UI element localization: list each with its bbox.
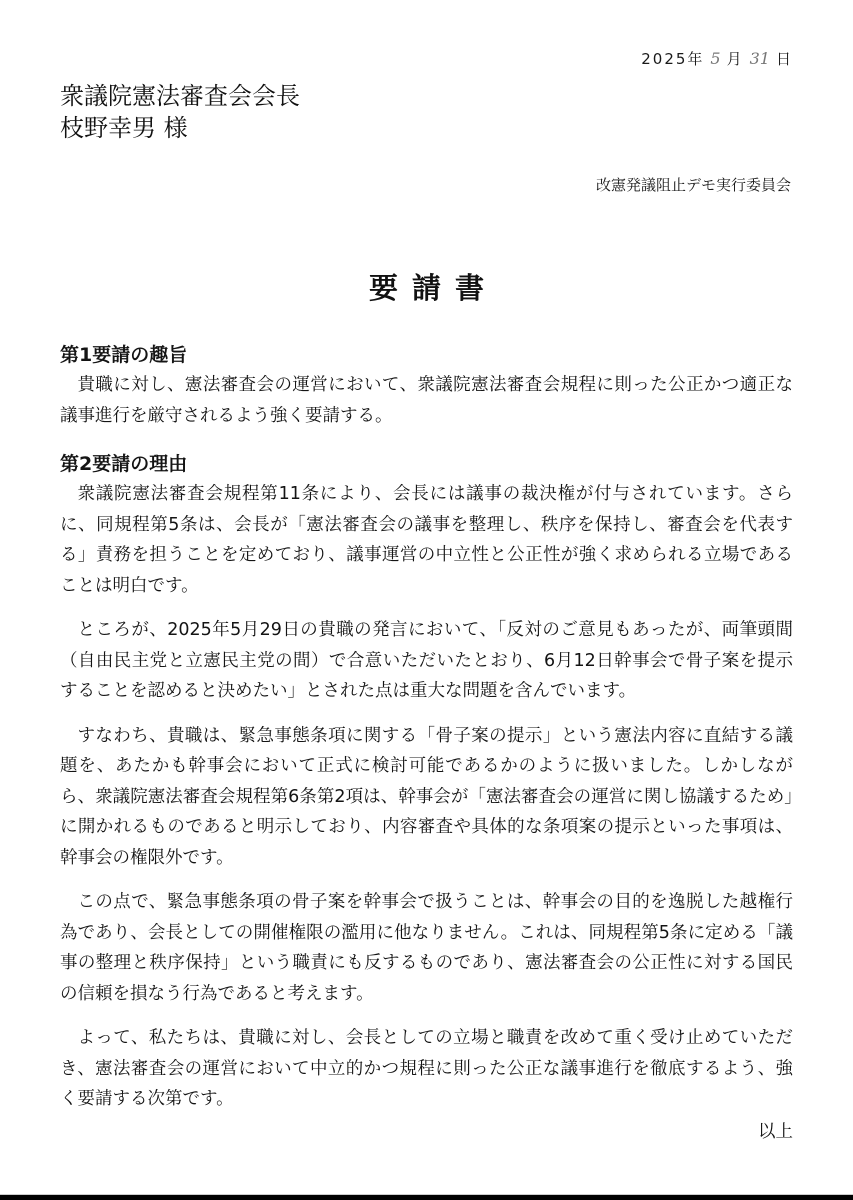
date-month-handwritten: 5 — [710, 49, 720, 68]
paragraph: すなわち、貴職は、緊急事態条項に関する「骨子案の提示」という憲法内容に直結する議… — [60, 721, 793, 874]
paragraph: よって、私たちは、貴職に対し、会長としての立場と職責を改めて重く受け止めていただ… — [60, 1023, 793, 1115]
paragraph: ところが、2025年5月29日の貴職の発言において、「反対のご意見もあったが、両… — [60, 615, 793, 707]
bottom-edge-bar — [0, 1194, 853, 1200]
paragraph: 衆議院憲法審査会規程第11条により、会長には議事の裁決権が付与されています。さら… — [60, 479, 793, 601]
paragraph: 貴職に対し、憲法審査会の運営において、衆議院憲法審査会規程に則った公正かつ適正な… — [60, 370, 793, 431]
section-heading: 第2要請の理由 — [60, 449, 793, 479]
date-year: 2025年 — [641, 50, 704, 68]
addressee-block: 衆議院憲法審査会会長 枝野幸男 様 — [60, 80, 300, 144]
section-purpose: 第1要請の趣旨 貴職に対し、憲法審査会の運営において、衆議院憲法審査会規程に則っ… — [60, 340, 793, 431]
closing-mark: 以上 — [60, 1117, 793, 1147]
sender-organization: 改憲発議阻止デモ実行委員会 — [596, 174, 791, 195]
addressee-name: 枝野幸男 様 — [60, 112, 300, 144]
date-month-suffix: 月 — [727, 50, 744, 68]
document-date: 2025年5月31日 — [641, 48, 793, 69]
addressee-title: 衆議院憲法審査会会長 — [60, 80, 300, 112]
date-day-handwritten: 31 — [750, 49, 770, 68]
section-reasons: 第2要請の理由 衆議院憲法審査会規程第11条により、会長には議事の裁決権が付与さ… — [60, 449, 793, 1115]
section-heading: 第1要請の趣旨 — [60, 340, 793, 370]
date-day-suffix: 日 — [776, 50, 793, 68]
paragraph: この点で、緊急事態条項の骨子案を幹事会で扱うことは、幹事会の目的を逸脱した越権行… — [60, 887, 793, 1009]
document-title: 要請書 — [0, 266, 853, 307]
document-body: 第1要請の趣旨 貴職に対し、憲法審査会の運営において、衆議院憲法審査会規程に則っ… — [60, 340, 793, 1147]
